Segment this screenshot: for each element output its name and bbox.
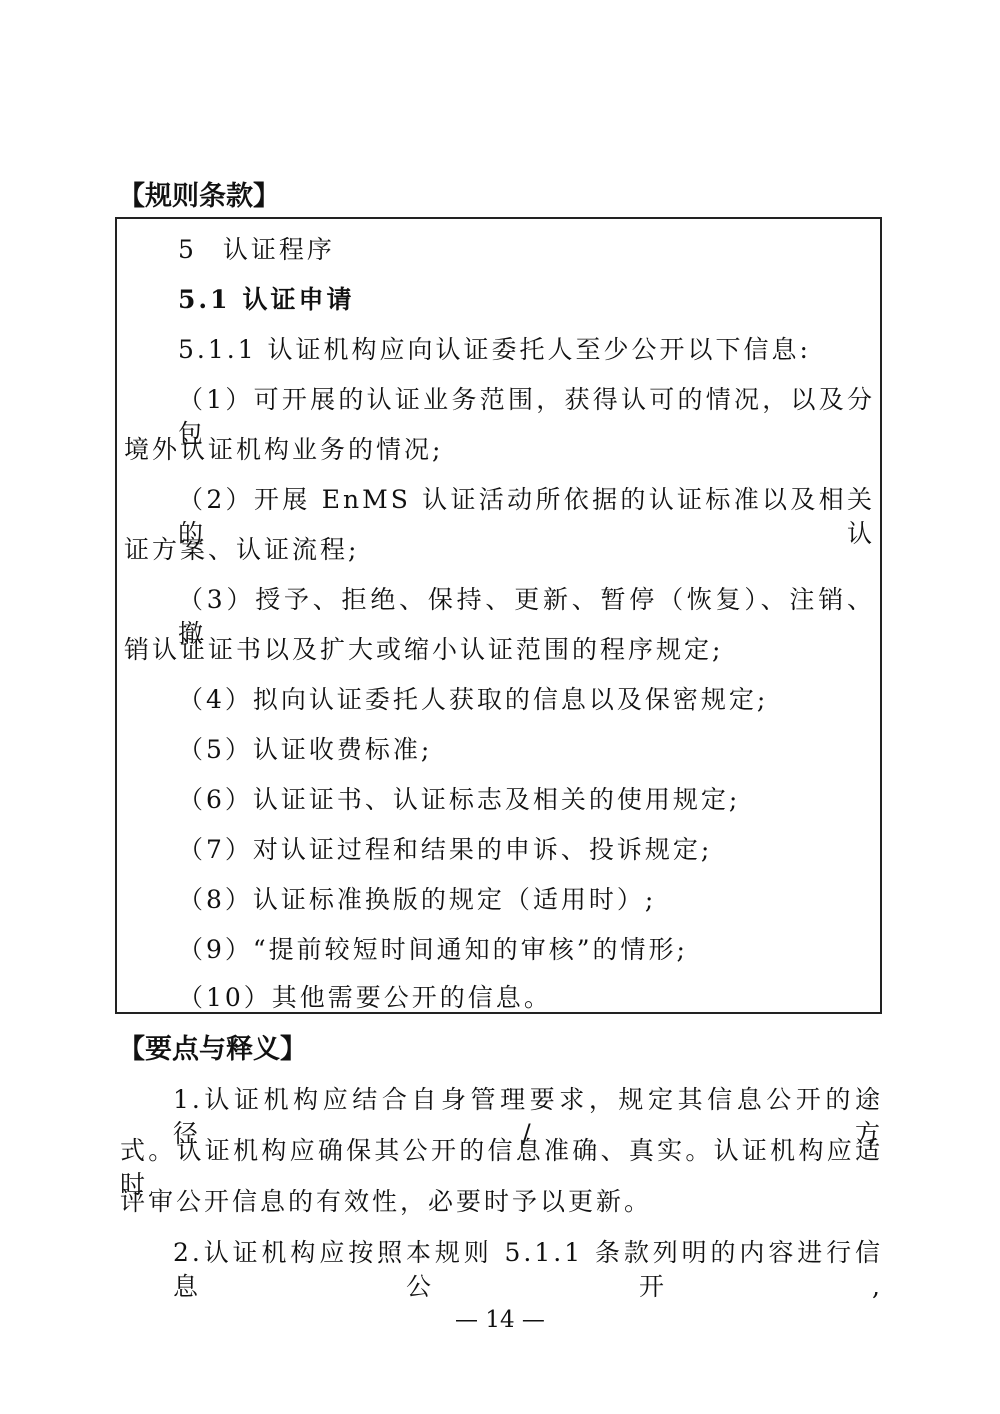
note-line-3: 评审公开信息的有效性，必要时予以更新。 [120, 1185, 652, 1219]
rule-line-8: （5）认证收费标准; [178, 733, 432, 767]
section-heading: 5.1认证申请 [178, 283, 355, 317]
chapter-heading: 5认证程序 [178, 233, 335, 267]
rule-line-6: 销认证证书以及扩大或缩小认证范围的程序规定; [124, 633, 723, 667]
rules-heading: 【规则条款】 [118, 180, 280, 214]
rule-line-12: （9）“提前较短时间通知的审核”的情形; [178, 933, 688, 967]
page-number: — 14 — [0, 1305, 1000, 1335]
rule-line-7: （4）拟向认证委托人获取的信息以及保密规定; [178, 683, 768, 717]
clause-intro: 5.1.1 认证机构应向认证委托人至少公开以下信息: [178, 333, 811, 367]
notes-heading: 【要点与释义】 [118, 1033, 307, 1067]
section-number: 5.1 [178, 285, 231, 314]
rule-line-11: （8）认证标准换版的规定（适用时）; [178, 883, 656, 917]
rule-line-9: （6）认证证书、认证标志及相关的使用规定; [178, 783, 740, 817]
chapter-number: 5 [178, 235, 197, 264]
chapter-title: 认证程序 [223, 235, 335, 264]
rule-line-10: （7）对认证过程和结果的申诉、投诉规定; [178, 833, 712, 867]
section-title: 认证申请 [243, 285, 355, 314]
rule-line-13: （10）其他需要公开的信息。 [178, 981, 552, 1015]
note-line-4: 2.认证机构应按照本规则 5.1.1 条款列明的内容进行信息公开, [173, 1236, 883, 1304]
rule-line-4: 证方案、认证流程; [124, 533, 359, 567]
rule-line-2: 境外认证机构业务的情况; [124, 433, 443, 467]
